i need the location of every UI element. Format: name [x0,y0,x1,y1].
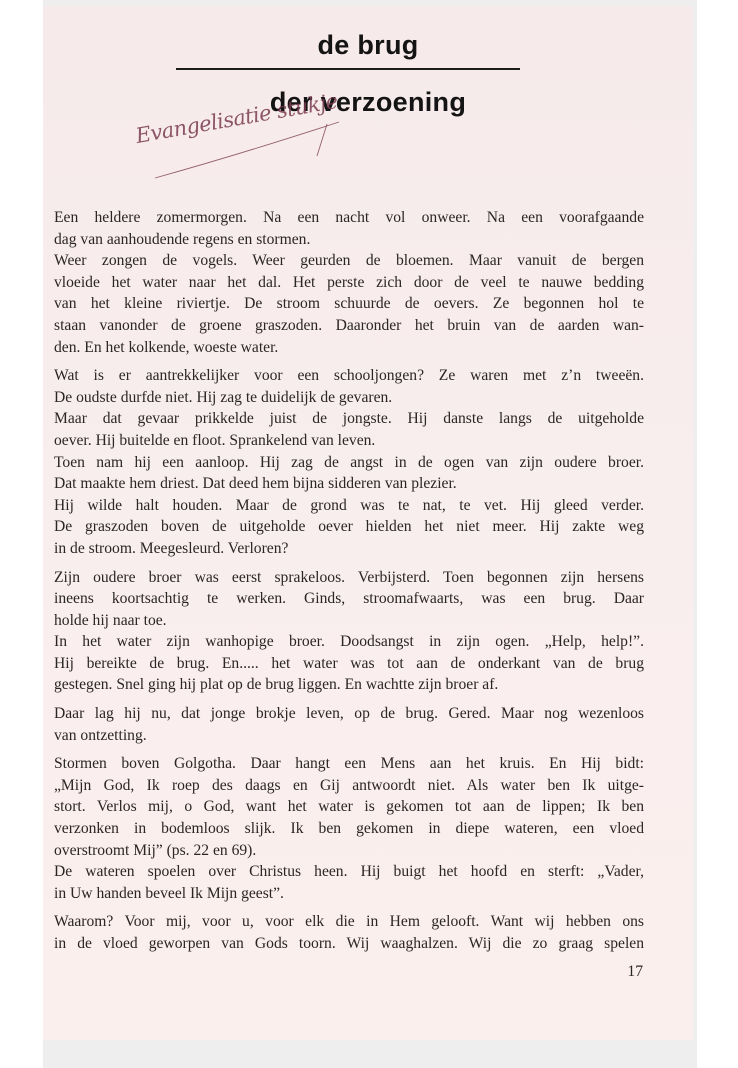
text-line: Hij bereikte de brug. En..... het water … [54,653,644,675]
text-line: Een heldere zomermorgen. Na een nacht vo… [54,207,644,229]
text-line: De graszoden boven de uitgeholde oever h… [54,516,644,538]
text-line: ineens koortsachtig te werken. Ginds, st… [54,588,644,610]
text-line: Stormen boven Golgotha. Daar hangt een M… [54,753,644,775]
text-line: stort. Verlos mij, o God, want het water… [54,796,644,818]
article-body: Een heldere zomermorgen. Na een nacht vo… [54,207,644,962]
paragraph: Waarom? Voor mij, voor u, voor elk die i… [54,911,644,954]
text-line: verzonken in bodemloos slijk. Ik ben gek… [54,818,644,840]
text-line: Toen nam hij een aanloop. Hij zag de ang… [54,452,644,474]
text-line: In het water zijn wanhopige broer. Doods… [54,631,644,653]
text-line: in de stroom. Meegesleurd. Verloren? [54,538,644,560]
text-line: Maar dat gevaar prikkelde juist de jongs… [54,408,644,430]
text-line: Dat maakte hem driest. Dat deed hem bijn… [54,473,644,495]
text-line: den. En het kolkende, woeste water. [54,337,644,359]
title-divider [176,68,520,70]
text-line: Weer zongen de vogels. Weer geurden de b… [54,250,644,272]
text-line: De oudste durfde niet. Hij zag te duidel… [54,387,644,409]
book-page: de brug der verzoening Evangelisatie stu… [43,6,693,1040]
text-line: vloeide het water naar het dal. Het pers… [54,272,644,294]
text-line: „Mijn God, Ik roep des daags en Gij antw… [54,775,644,797]
paragraph: Een heldere zomermorgen. Na een nacht vo… [54,207,644,358]
page-number: 17 [603,963,643,981]
text-line: dag van aanhoudende regens en stormen. [54,229,644,251]
text-line: holde hij naar toe. [54,610,644,632]
text-line: Hij wilde halt houden. Maar de grond was… [54,495,644,517]
text-line: overstroomt Mij” (ps. 22 en 69). [54,840,644,862]
text-line: staan vanonder de groene graszoden. Daar… [54,315,644,337]
text-line: Zijn oudere broer was eerst sprakeloos. … [54,567,644,589]
text-line: oever. Hij buitelde en floot. Sprankelen… [54,430,644,452]
title-line-1: de brug [43,30,693,61]
paragraph: Stormen boven Golgotha. Daar hangt een M… [54,753,644,904]
paragraph: Wat is er aantrekkelijker voor een schoo… [54,365,644,559]
text-line: van ontzetting. [54,725,644,747]
text-line: De wateren spoelen over Christus heen. H… [54,861,644,883]
text-line: Wat is er aantrekkelijker voor een schoo… [54,365,644,387]
text-line: in de vloed geworpen van Gods toorn. Wij… [54,933,644,955]
text-line: Daar lag hij nu, dat jonge brokje leven,… [54,703,644,725]
paragraph: Zijn oudere broer was eerst sprakeloos. … [54,567,644,697]
text-line: van het kleine riviertje. De stroom schu… [54,293,644,315]
text-line: Waarom? Voor mij, voor u, voor elk die i… [54,911,644,933]
text-line: gestegen. Snel ging hij plat op de brug … [54,674,644,696]
text-line: in Uw handen beveel Ik Mijn geest”. [54,883,644,905]
paragraph: Daar lag hij nu, dat jonge brokje leven,… [54,703,644,746]
